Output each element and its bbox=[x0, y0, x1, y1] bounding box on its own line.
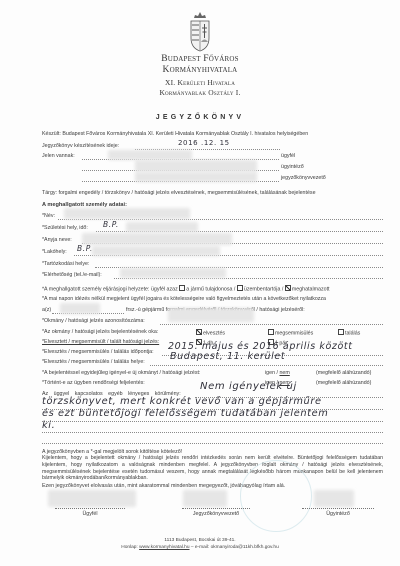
new-doc-note: (megfelelő aláhúzandó) bbox=[316, 370, 371, 377]
field-elerhetoseg-dots bbox=[114, 278, 383, 279]
sig-line-ugyintezo bbox=[302, 508, 374, 509]
office-name: XI. Kerületi Hivatala Kormányablak Osztá… bbox=[0, 78, 400, 97]
checkbox-talalas[interactable] bbox=[338, 329, 344, 335]
homepage-label: Honlap: bbox=[121, 545, 138, 550]
sig-line-jegyzokonyvvezeto bbox=[182, 508, 250, 509]
reason-megsemmisules-label: megsemmisülés bbox=[275, 331, 313, 337]
document-page: Budapest Főváros Kormányhivatala XI. Ker… bbox=[0, 0, 400, 566]
reason-talalas-label: találás bbox=[345, 331, 360, 337]
field-anyja-label: *Anyja neve: bbox=[42, 237, 72, 244]
keszult-text: Készült: Budapest Főváros Kormányhivatal… bbox=[42, 131, 308, 138]
police-label: *Történt-e az ügyben rendőrségi feljelen… bbox=[42, 380, 145, 387]
role-jegyzokonyvvezeto: jegyzőkönyvvezető bbox=[281, 175, 326, 182]
redacted-sig-jegyzokonyvvezeto bbox=[183, 490, 227, 507]
field-lakohely-value: B.P. bbox=[77, 244, 93, 253]
redacted-szuletes bbox=[126, 222, 198, 232]
reason-elvesztes[interactable]: elvesztés bbox=[196, 329, 225, 338]
field-szuletes-label: *Születési hely, idő: bbox=[42, 225, 88, 232]
role-ugyfel: ügyfél bbox=[281, 153, 295, 160]
footer-contact: Honlap: www.kormanyhivatal.hu – e-mail: … bbox=[0, 545, 400, 552]
footer-address: 1113 Budapest, Bocskai út 39-41. bbox=[0, 538, 400, 545]
other-line-2: törzskönyvet, mert konkrét vevő van a gé… bbox=[42, 396, 322, 407]
new-doc-nem: nem bbox=[279, 370, 289, 376]
other-dots-5 bbox=[42, 443, 383, 444]
org-line-1: Budapest Főváros bbox=[0, 54, 400, 65]
field-nev-label: *Név: bbox=[42, 213, 55, 220]
office-line-2: Kormányablak Osztály I. bbox=[0, 88, 400, 98]
other-line-4: ki. bbox=[42, 420, 55, 431]
time-label: *Elvesztés / megsemmisülés / találás idő… bbox=[42, 349, 154, 356]
email-text: – e-mail: okmanyiroda@11kh.bfkh.gov.hu bbox=[191, 545, 279, 550]
checkbox-tulajdonos[interactable] bbox=[179, 285, 185, 291]
redacted-nev bbox=[64, 208, 190, 219]
document-title: JEGYZŐKÖNYV bbox=[0, 114, 400, 121]
az-prefix: a(z) bbox=[42, 307, 51, 314]
other-line-3: és ezt büntetőjogi felelősségem tudatába… bbox=[42, 408, 328, 419]
new-doc-igen: igen bbox=[265, 370, 275, 376]
place-value: Budapest, 11. kerület bbox=[170, 351, 285, 362]
field-szuletes-value: B.P. bbox=[103, 220, 119, 229]
org-name: Budapest Főváros Kormányhivatala bbox=[0, 54, 400, 76]
doc-id-dots bbox=[160, 324, 383, 325]
redacted-lakohely bbox=[92, 246, 220, 256]
field-tartozkodas-label: *Tartózkodási helye: bbox=[42, 261, 89, 268]
status-line: *A meghallgatott személy eljárásjogi hel… bbox=[42, 285, 330, 294]
jelen-label: Jelen vannak: bbox=[42, 153, 75, 160]
subject-text: Tárgy: forgalmi engedély / törzskönyv / … bbox=[42, 190, 316, 196]
declaration-line1: *A mai napon idézés nélkül megjelent ügy… bbox=[42, 296, 326, 303]
sig-label-ugyintezo: Ügyintéző bbox=[302, 511, 374, 517]
reason-label: *Az okmány / hatósági jelzés bejelentésé… bbox=[42, 329, 158, 336]
checkbox-uzembentarto[interactable] bbox=[237, 285, 243, 291]
redacted-anyja bbox=[82, 233, 232, 245]
reason-megsemmisules[interactable]: megsemmisülés bbox=[268, 329, 313, 338]
legal-text: Kijelentem, hogy a bejelentett okmány / … bbox=[42, 455, 383, 482]
place-label: *Elvesztés / megsemmisülés / találás hel… bbox=[42, 359, 145, 366]
redacted-sig-ugyfel bbox=[48, 490, 136, 507]
police-note: (megfelelő aláhúzandó) bbox=[316, 380, 371, 387]
new-doc-label: *A bejelentéssel egyidejűleg igényel-e ú… bbox=[42, 370, 200, 377]
reason-elvesztes-label: elvesztés bbox=[203, 331, 225, 337]
checkbox-meghatalmazott[interactable] bbox=[285, 285, 291, 291]
quantity-label: *Elvesztett / megsemmisült / talált ható… bbox=[42, 339, 159, 346]
ideje-label: Jegyzőkönyv készítésének ideje: bbox=[42, 143, 119, 150]
status-text: *A meghallgatott személy eljárásjogi hel… bbox=[42, 287, 178, 293]
redacted-ugyintezo bbox=[135, 160, 257, 172]
hungarian-coat-of-arms-icon bbox=[188, 10, 212, 52]
slash: / bbox=[277, 370, 278, 376]
redacted-doc-id bbox=[168, 308, 254, 322]
option-meghatalmazott: meghatalmazott bbox=[292, 287, 330, 293]
sig-label-jegyzokonyvvezeto: Jegyzőkönyvvezető bbox=[180, 511, 252, 517]
redacted-jegyzokonyvvezeto bbox=[135, 172, 257, 182]
homepage-link[interactable]: www.kormanyhivatal.hu bbox=[139, 545, 189, 550]
checkbox-elvesztes[interactable] bbox=[196, 329, 202, 335]
redacted-ugyfel bbox=[108, 150, 192, 160]
org-line-2: Kormányhivatala bbox=[0, 65, 400, 76]
redacted-frsz bbox=[60, 303, 100, 314]
field-elerhetoseg-label: *Elérhetőség (tel./e-mail): bbox=[42, 272, 102, 279]
doc-id-label: *Okmány / hatósági jelzés azonosítószáma… bbox=[42, 318, 145, 325]
other-line-1: Nem igényelek új bbox=[200, 381, 297, 392]
other-dots-4 bbox=[42, 432, 383, 433]
option-tulajdonos: a jármű tulajdonosa / bbox=[186, 287, 235, 293]
other-dots-3 bbox=[42, 421, 383, 422]
checkbox-megsemmisules[interactable] bbox=[268, 329, 274, 335]
sig-line-ugyfel bbox=[55, 508, 125, 509]
role-ugyintezo: ügyintéző bbox=[281, 164, 304, 171]
field-lakohely-label: *Lakóhely: bbox=[42, 249, 67, 256]
redacted-elerhetoseg bbox=[120, 268, 226, 278]
subject-line: Tárgy: forgalmi engedély / törzskönyv / … bbox=[42, 190, 316, 197]
ideje-value: 2016 .12. 15 bbox=[178, 139, 230, 147]
reason-talalas[interactable]: találás bbox=[338, 329, 360, 338]
office-line-1: XI. Kerületi Hivatala bbox=[0, 78, 400, 88]
official-stamp bbox=[240, 460, 312, 532]
sig-label-ugyfel: Ügyfél bbox=[55, 511, 125, 517]
new-doc-choice[interactable]: igen / nem bbox=[265, 370, 290, 377]
redacted-sig-ugyintezo bbox=[314, 490, 354, 507]
place-dots bbox=[150, 365, 383, 366]
option-uzembentarto: üzembentartója / bbox=[244, 287, 283, 293]
